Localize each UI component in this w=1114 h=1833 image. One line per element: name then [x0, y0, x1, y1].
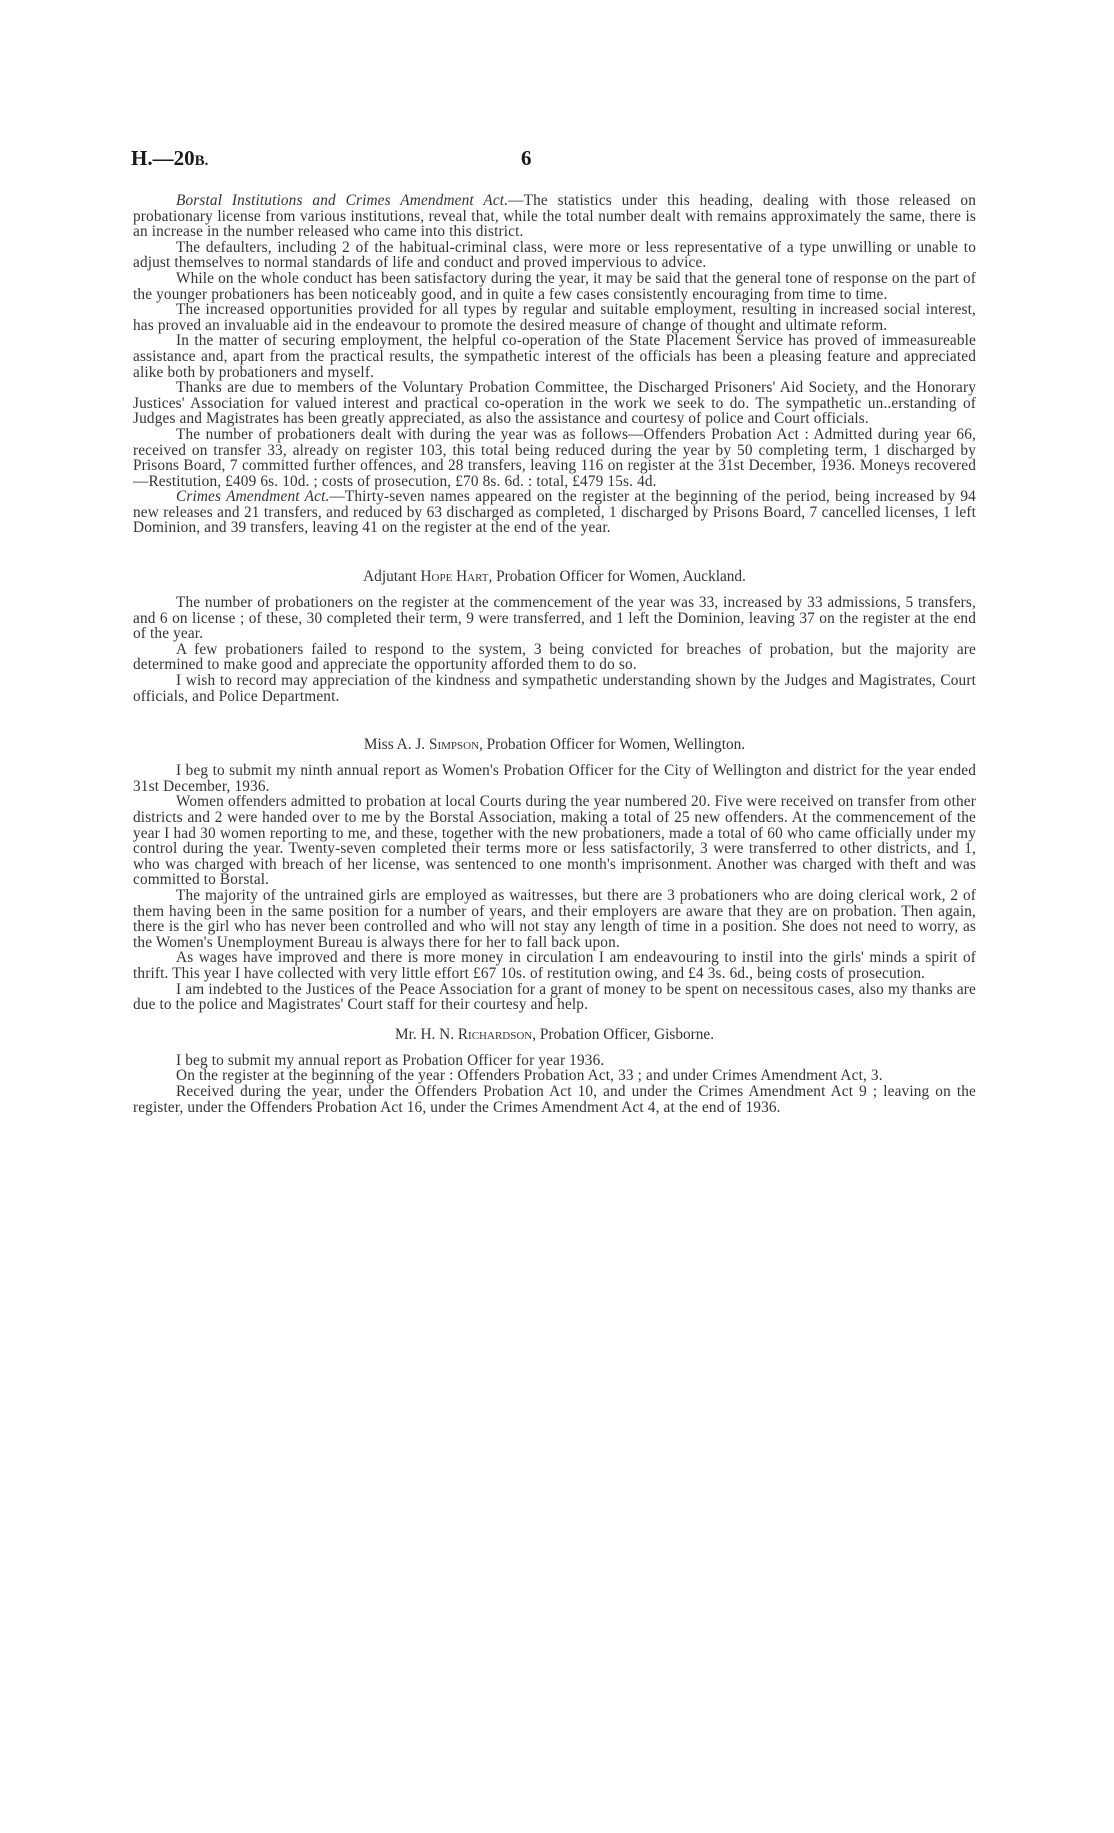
- heading-prefix: Miss A. J.: [364, 736, 429, 753]
- paragraph: The number of probationers on the regist…: [133, 595, 976, 642]
- document-code-main: H.—20: [131, 146, 195, 170]
- paragraph: As wages have improved and there is more…: [133, 950, 976, 981]
- officer-name: Simpson: [429, 736, 479, 753]
- paragraph: A few probationers failed to respond to …: [133, 642, 976, 673]
- heading-suffix: , Probation Officer, Gisborne.: [532, 1026, 714, 1043]
- paragraph: Thanks are due to members of the Volunta…: [133, 380, 976, 427]
- section-heading: Adjutant Hope Hart, Probation Officer fo…: [133, 569, 976, 585]
- paragraph: Received during the year, under the Offe…: [133, 1084, 976, 1115]
- heading-suffix: , Probation Officer for Women, Wellingto…: [479, 736, 745, 753]
- body-text: Borstal Institutions and Crimes Amendmen…: [133, 193, 976, 1115]
- running-header: H.—20B. 6: [133, 146, 976, 176]
- section-borstal-crimes: Borstal Institutions and Crimes Amendmen…: [133, 193, 976, 536]
- paragraph: The majority of the untrained girls are …: [133, 888, 976, 950]
- spacer: [133, 1013, 976, 1027]
- spacer: [133, 704, 976, 737]
- paragraph: I beg to submit my ninth annual report a…: [133, 763, 976, 794]
- officer-name: Richardson: [458, 1026, 532, 1043]
- paragraph-lead-title: Crimes Amendment Act.: [176, 488, 329, 505]
- document-code: H.—20B.: [131, 146, 208, 171]
- paragraph: Crimes Amendment Act.—Thirty-seven names…: [133, 489, 976, 536]
- heading-prefix: Mr. H. N.: [395, 1026, 458, 1043]
- heading-suffix: , Probation Officer for Women, Auckland.: [489, 568, 746, 585]
- paragraph-lead-title: Borstal Institutions and Crimes Amendmen…: [176, 192, 508, 209]
- page-number: 6: [521, 146, 532, 171]
- paragraph: While on the whole conduct has been sati…: [133, 271, 976, 302]
- section-richardson: Mr. H. N. Richardson, Probation Officer,…: [133, 1027, 976, 1115]
- section-simpson: Miss A. J. Simpson, Probation Officer fo…: [133, 737, 976, 1013]
- paragraph: On the register at the beginning of the …: [133, 1068, 976, 1084]
- section-hope-hart: Adjutant Hope Hart, Probation Officer fo…: [133, 569, 976, 704]
- paragraph: I am indebted to the Justices of the Pea…: [133, 982, 976, 1013]
- paragraph: In the matter of securing employment, th…: [133, 333, 976, 380]
- spacer: [133, 536, 976, 569]
- paragraph: I wish to record may appreciation of the…: [133, 673, 976, 704]
- heading-prefix: Adjutant: [363, 568, 420, 585]
- section-heading: Mr. H. N. Richardson, Probation Officer,…: [133, 1027, 976, 1043]
- document-code-suffix: B.: [195, 153, 209, 169]
- paragraph: I beg to submit my annual report as Prob…: [133, 1053, 976, 1069]
- paragraph: Borstal Institutions and Crimes Amendmen…: [133, 193, 976, 240]
- officer-name: Hope Hart: [420, 568, 488, 585]
- paragraph: The increased opportunities provided for…: [133, 302, 976, 333]
- paragraph: The defaulters, including 2 of the habit…: [133, 240, 976, 271]
- paragraph: Women offenders admitted to probation at…: [133, 794, 976, 888]
- paragraph: The number of probationers dealt with du…: [133, 427, 976, 489]
- section-heading: Miss A. J. Simpson, Probation Officer fo…: [133, 737, 976, 753]
